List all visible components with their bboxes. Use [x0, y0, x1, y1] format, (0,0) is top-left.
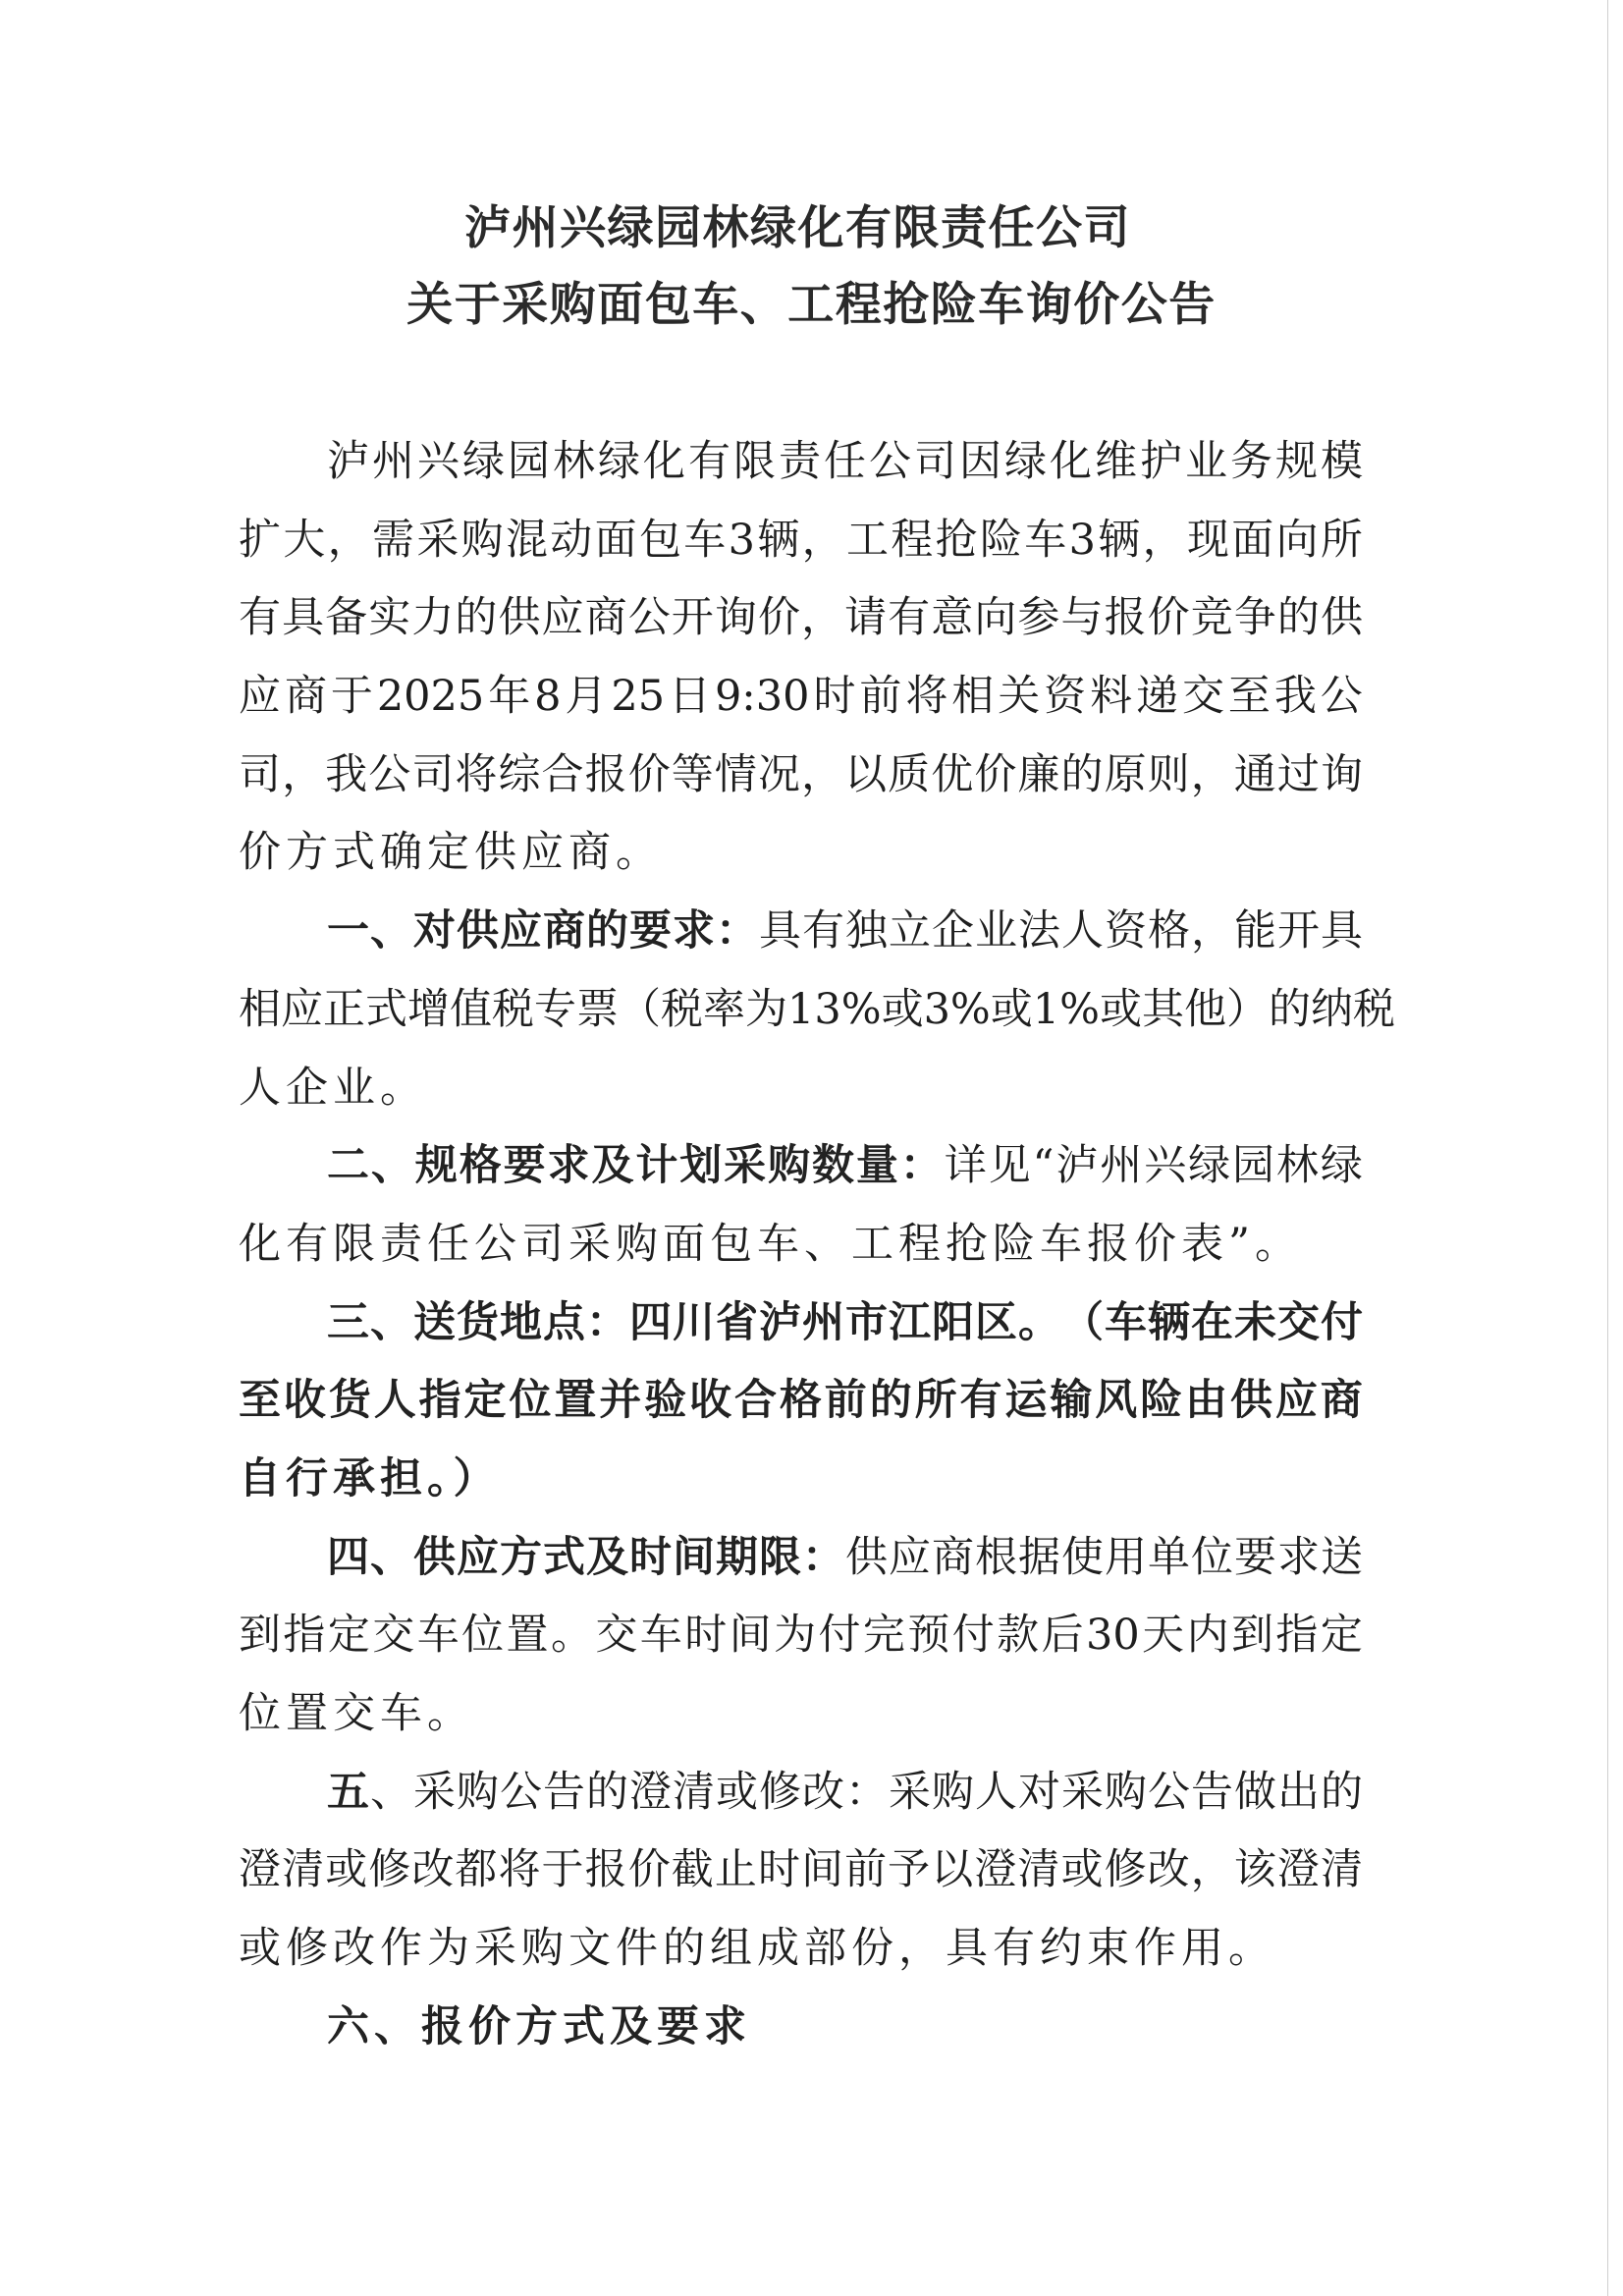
intro-line: 司，我公司将综合报价等情况，以质优价廉的原则，通过询	[239, 745, 1363, 824]
document-title-subject: 关于采购面包车、工程抢险车询价公告	[0, 282, 1623, 328]
scan-edge-line	[1607, 0, 1608, 2296]
announcement-body: 泸州兴绿园林绿化有限责任公司因绿化维护业务规模 扩大，需采购混动面包车3辆，工程…	[239, 432, 1363, 2075]
section-5-first-line: 五、采购公告的澄清或修改：采购人对采购公告做出的	[239, 1763, 1363, 1841]
section-6-heading: 六、报价方式及要求	[239, 1997, 1363, 2076]
section-4-first-line: 四、供应方式及时间期限：供应商根据使用单位要求送	[239, 1528, 1363, 1607]
intro-line: 价方式确定供应商。	[239, 823, 1363, 902]
section-5-line: 或修改作为采购文件的组成部份，具有约束作用。	[239, 1919, 1363, 1997]
section-3-first-line: 三、送货地点：四川省泸州市江阳区。（车辆在未交付	[239, 1293, 1363, 1372]
section-1-line: 人企业。	[239, 1059, 1363, 1137]
section-4-line: 位置交车。	[239, 1684, 1363, 1763]
intro-line: 扩大，需采购混动面包车3辆，工程抢险车3辆，现面向所	[239, 511, 1363, 589]
section-3-line: 至收货人指定位置并验收合格前的所有运输风险由供应商	[239, 1371, 1363, 1449]
document-title-company: 泸州兴绿园林绿化有限责任公司	[0, 205, 1609, 251]
section-4-line: 到指定交车位置。交车时间为付完预付款后30天内到指定	[239, 1606, 1363, 1684]
section-2-first-line: 二、规格要求及计划采购数量：详见“泸州兴绿园林绿	[239, 1136, 1363, 1215]
section-5-line: 澄清或修改都将于报价截止时间前予以澄清或修改，该澄清	[239, 1840, 1363, 1919]
section-2-line: 化有限责任公司采购面包车、工程抢险车报价表”。	[239, 1215, 1363, 1293]
intro-line: 泸州兴绿园林绿化有限责任公司因绿化维护业务规模	[239, 432, 1363, 511]
intro-line: 有具备实力的供应商公开询价，请有意向参与报价竞争的供	[239, 588, 1363, 667]
section-1-first-line: 一、对供应商的要求：具有独立企业法人资格，能开具	[239, 902, 1363, 980]
intro-line: 应商于2025年8月25日9:30时前将相关资料递交至我公	[239, 667, 1363, 745]
section-1-line: 相应正式增值税专票（税率为13%或3%或1%或其他）的纳税	[239, 980, 1363, 1059]
section-3-line: 自行承担。）	[239, 1449, 1363, 1528]
